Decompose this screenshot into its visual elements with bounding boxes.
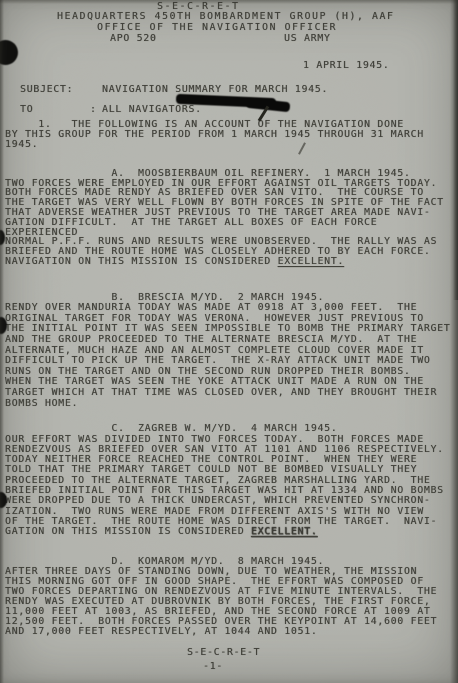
subject-label: SUBJECT: bbox=[20, 85, 73, 95]
scan-edge-top bbox=[0, 0, 458, 4]
paragraph-d-body: AFTER THREE DAYS OF STANDING DOWN, DUE T… bbox=[5, 566, 437, 637]
redaction-mark-tail bbox=[246, 98, 291, 113]
scanned-document-page: S-E-C-R-E-T HEADQUARTERS 450TH BOMBARDME… bbox=[0, 0, 458, 683]
page-number: -1- bbox=[203, 662, 223, 672]
paragraph-c-body: OUR EFFORT WAS DIVIDED INTO TWO FORCES T… bbox=[5, 434, 444, 538]
header-office-line: OFFICE OF THE NAVIGATION OFFICER bbox=[97, 23, 337, 33]
paragraph-b-body: RENDY OVER MANDURIA TODAY WAS MADE AT 09… bbox=[5, 302, 450, 408]
classification-banner-bottom: S-E-C-R-E-T bbox=[187, 648, 260, 658]
paragraph-a-moosbierbaum: A. MOOSBIERBAUM OIL REFINERY. 1 MARCH 19… bbox=[5, 159, 455, 277]
paragraph-b-heading: B. BRESCIA M/YD. 2 MARCH 1945. bbox=[32, 292, 325, 303]
paragraph-a-body: TWO FORCES WERE EMPLOYED IN OUR EFFORT A… bbox=[5, 178, 444, 267]
scan-edge-left bbox=[0, 0, 4, 683]
header-apo: APO 520 bbox=[110, 34, 157, 44]
to-colon: : bbox=[90, 105, 97, 115]
paragraph-intro: 1. THE FOLLOWING IS AN ACCOUNT OF THE NA… bbox=[5, 120, 455, 149]
to-label: TO bbox=[20, 105, 33, 115]
subject-value: NAVIGATION SUMMARY FOR MARCH 1945. bbox=[102, 85, 328, 95]
paragraph-d-komarom: D. KOMAROM M/YD. 8 MARCH 1945. AFTER THR… bbox=[5, 547, 455, 647]
to-value: ALL NAVIGATORS. bbox=[102, 105, 202, 115]
paragraph-c-zagreb: C. ZAGREB W. M/YD. 4 MARCH 1945. OUR EFF… bbox=[5, 414, 455, 548]
scan-edge-right-top bbox=[453, 0, 458, 300]
paragraph-a-rating: EXCELLENT. bbox=[278, 256, 344, 267]
paragraph-c-rating: EXCELLENT. bbox=[251, 526, 317, 537]
paragraph-b-brescia: B. BRESCIA M/YD. 2 MARCH 1945. RENDY OVE… bbox=[5, 282, 455, 420]
header-army: US ARMY bbox=[284, 34, 331, 44]
document-date: 1 APRIL 1945. bbox=[303, 61, 389, 71]
header-org-line: HEADQUARTERS 450TH BOMBARDMENT GROUP (H)… bbox=[57, 12, 394, 22]
